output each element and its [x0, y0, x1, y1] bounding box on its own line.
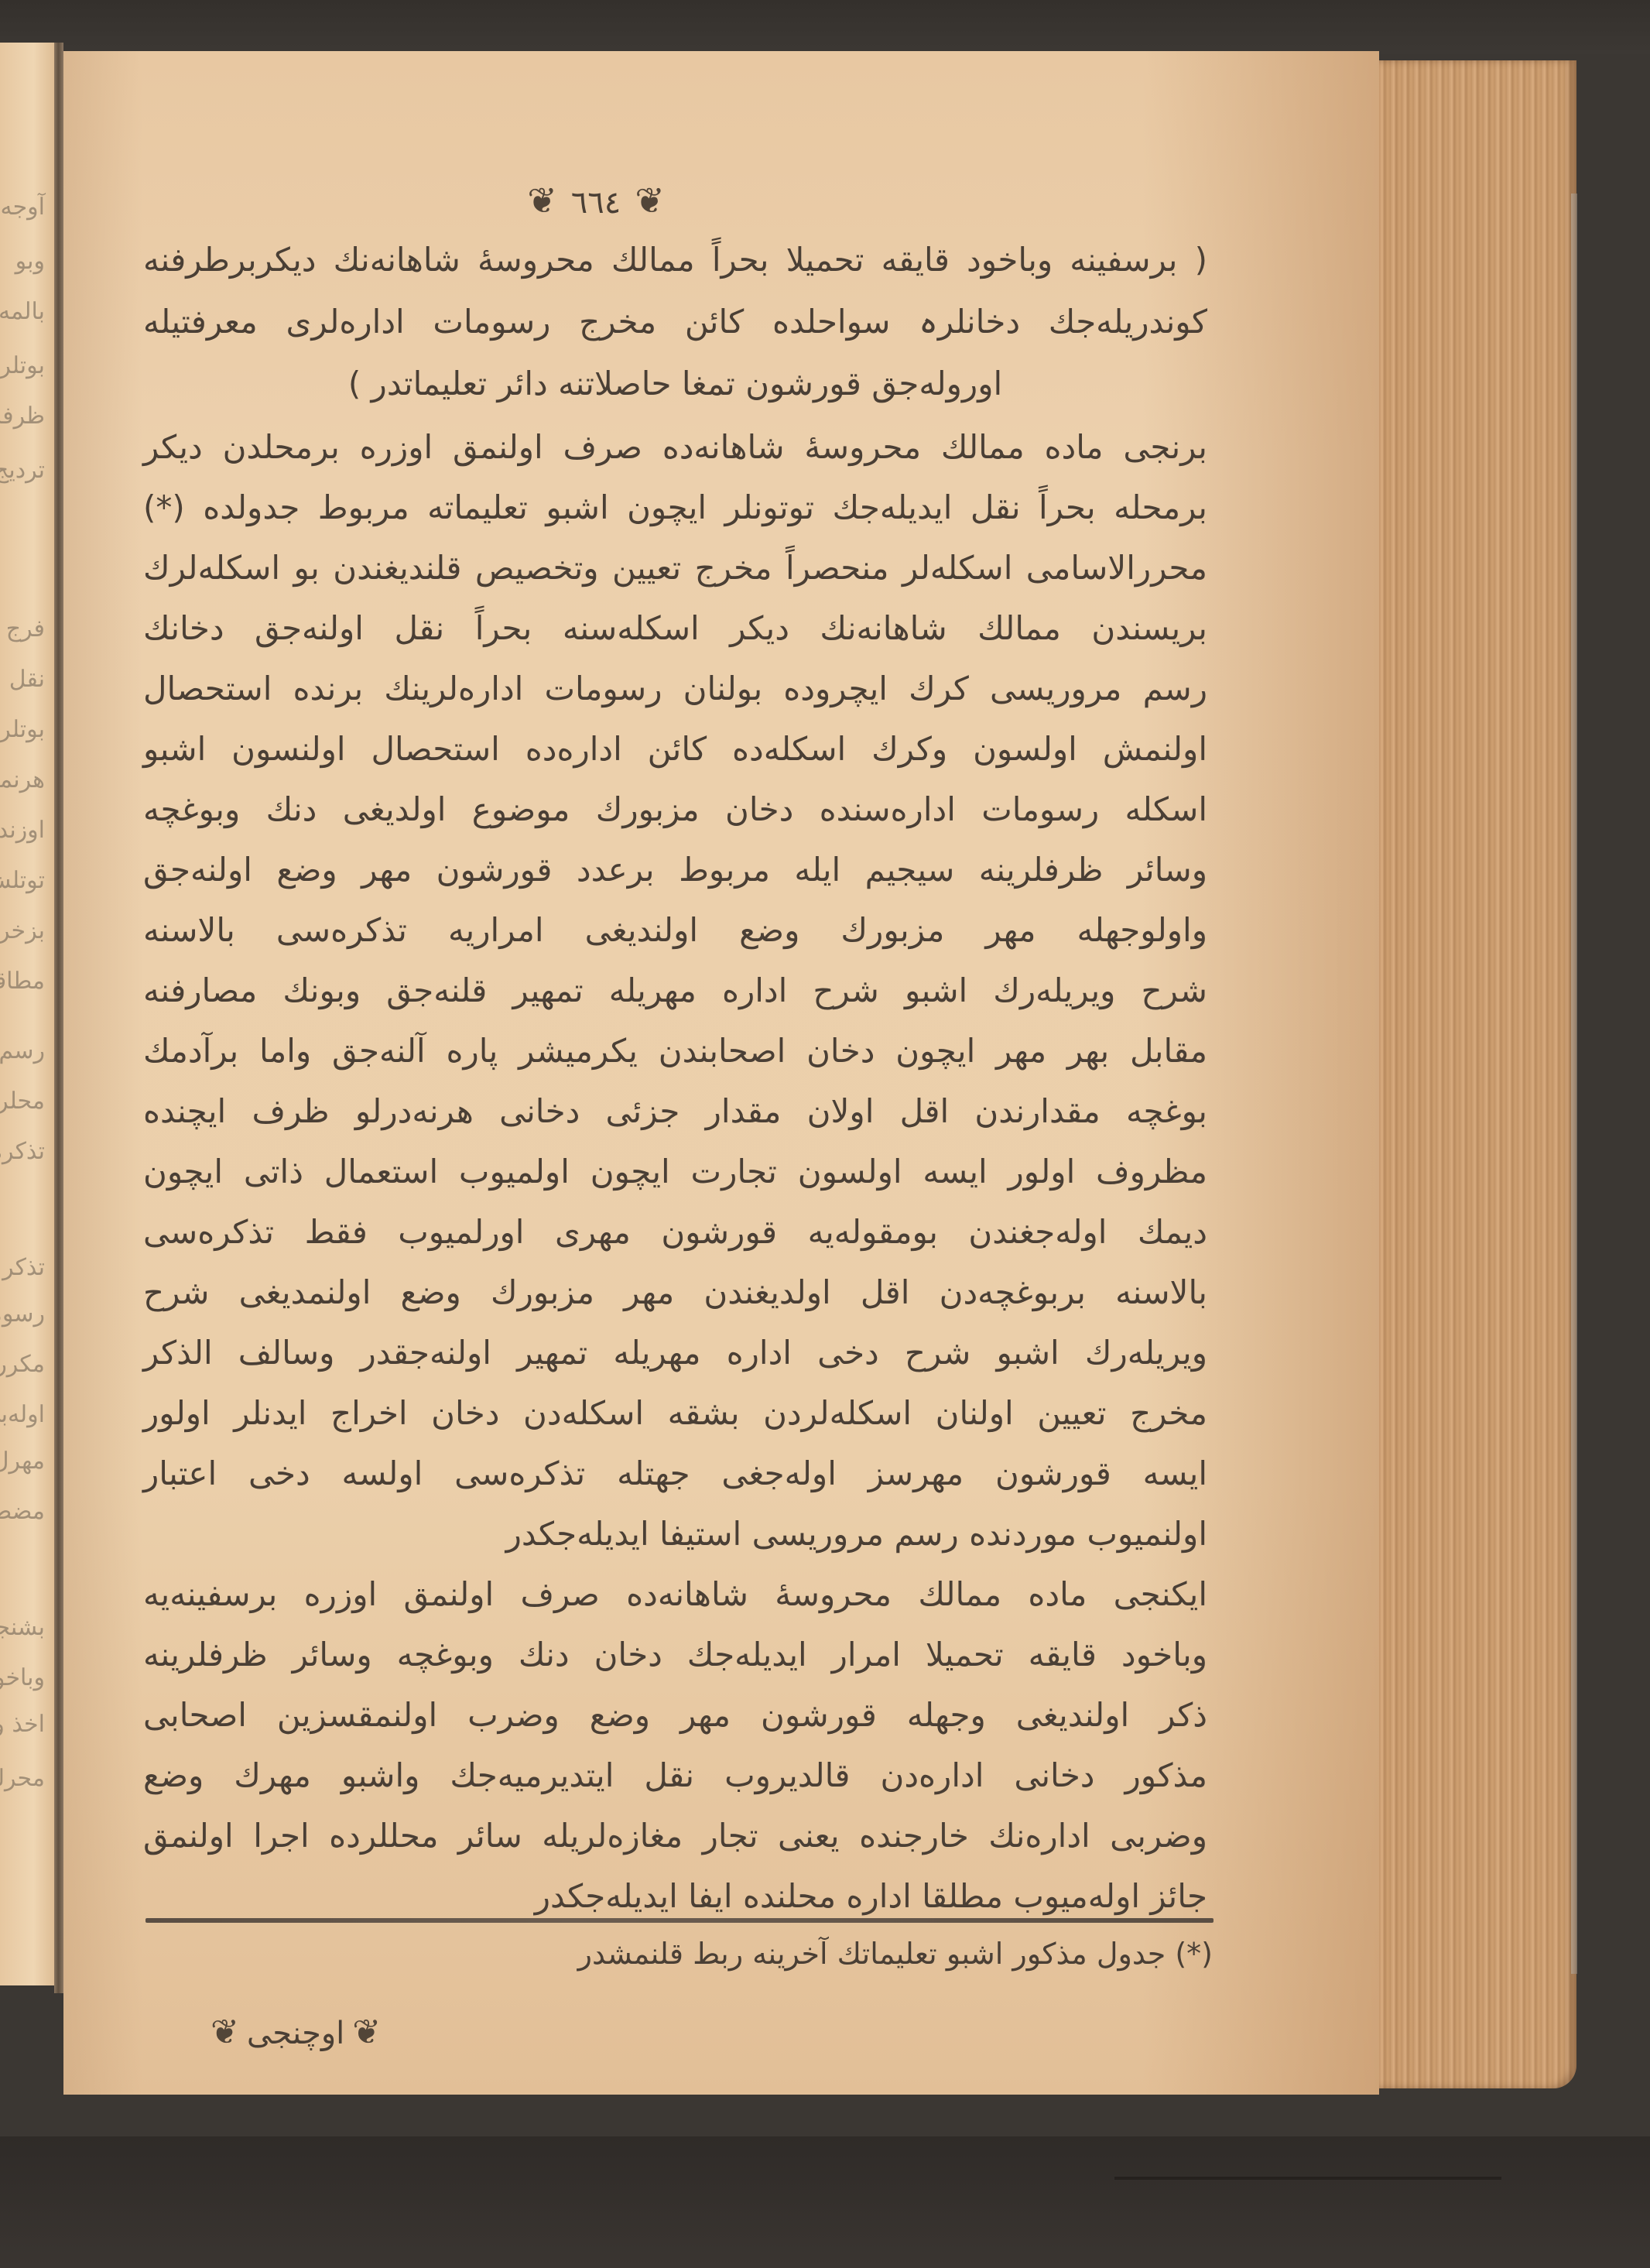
body-line: بوغچه مقدارندن اقل اولان مقدار جزئی دخان…: [143, 1090, 1207, 1133]
body-line: اولنمیوب موردنده رسم مروریسی استیفا ایدی…: [143, 1513, 1207, 1556]
body-line: اسكله رسومات اداره‌سنده دخان مزبورك موضو…: [143, 788, 1207, 831]
facing-page-fragment: آوجه: [1, 194, 45, 221]
body-line: اولنمش اولسون وكرك اسكله‌ده كائن اداره‌د…: [143, 728, 1207, 771]
scan-scene: آوجه وبو بالمه بوتلر ظرفر تردیج فرج نقل …: [0, 0, 1650, 2268]
catchword: ❦اوچنجی❦: [203, 2013, 389, 2052]
footnote: (*) جدول مذكور اشبو تعلیماتك آخرینه ربط …: [439, 1937, 1213, 1971]
facing-page-fragment: بوتلر: [0, 352, 45, 379]
body-line: وباخود قایقه تحمیلا امرار ایدیله‌جك دخان…: [143, 1633, 1207, 1677]
facing-page-fragment: وبو: [15, 248, 45, 275]
book-gutter: [54, 43, 63, 1993]
footnote-divider: [145, 1918, 1214, 1923]
page-edges-highlight: [1571, 194, 1577, 1974]
body-line: برنجی ماده ممالك محروسهٔ شاهانه‌ده صرف ا…: [143, 426, 1207, 469]
ornament-icon: ❦: [527, 180, 557, 221]
facing-page-fragment: اوزنده: [0, 817, 45, 844]
ornament-icon: ❦: [635, 180, 665, 221]
scan-artifact-line: [1114, 2177, 1501, 2180]
body-line: مخرج تعیین اولنان اسكله‌لردن بشقه اسكله‌…: [143, 1392, 1207, 1435]
facing-page-fragment: نقل ا: [0, 666, 45, 693]
page-edges-stack: [1379, 60, 1576, 2088]
body-line: دیمك اوله‌جغندن بومقوله‌یه قورشون مهری ا…: [143, 1211, 1207, 1254]
body-line: جائز اوله‌میوب مطلقا اداره محلنده ایفا ا…: [143, 1875, 1207, 1918]
body-line: وضربی اداره‌نك خارجنده یعنی تجار مغازه‌ل…: [143, 1814, 1207, 1858]
ornament-icon: ❦: [352, 2013, 381, 2052]
catchword-text: اوچنجی: [247, 2016, 344, 2051]
body-line: واولوجهله مهر مزبورك وضع اولندیغی امراری…: [143, 909, 1207, 952]
facing-page-fragment: بالمه: [0, 298, 45, 325]
facing-page-fragment: اخذ وقبـ: [0, 1711, 45, 1738]
facing-page-fragment: تذكر: [2, 1254, 45, 1281]
facing-page-fragment: مهرل: [0, 1447, 45, 1475]
body-line: ذكر اولندیغی وجهله قورشون مهر وضع وضرب ا…: [143, 1694, 1207, 1737]
facing-page-fragment: تردیج: [0, 457, 45, 484]
facing-page-fragment: بوتلر و: [0, 716, 45, 743]
facing-page-fragment: تذكره: [0, 1138, 45, 1165]
facing-page-fragment: رسم م: [0, 1037, 45, 1064]
body-line: بالاسنه بربوغچه‌دن اقل اولدیغندن مهر مزب…: [143, 1271, 1207, 1314]
heading-line: اوروله‌جق قورشون تمغا حاصلاتنه دائر تعلی…: [143, 362, 1207, 406]
body-line: بریسندن ممالك شاهانه‌نك دیكر اسكله‌سنه ب…: [143, 607, 1207, 650]
heading-line: کوندریله‌جك دخانلرہ سواحلده کائن مخرج رس…: [143, 300, 1207, 344]
facing-page-fragment: مطاقه: [0, 968, 45, 995]
body-line: شرح ویریله‌رك اشبو شرح اداره مهریله تمهی…: [143, 969, 1207, 1012]
facing-page-fragment: رسوما: [0, 1300, 45, 1328]
background-top: [0, 0, 1650, 54]
body-line: محررالاسامی اسكله‌لر منحصراً مخرج تعیین …: [143, 546, 1207, 590]
facing-page-fragment: وباخود: [0, 1664, 45, 1691]
facing-page-fragment: بشنجی: [0, 1614, 45, 1641]
facing-page-fragment: بزخر: [0, 917, 45, 944]
facing-page-margin: آوجه وبو بالمه بوتلر ظرفر تردیج فرج نقل …: [0, 43, 56, 1985]
facing-page-fragment: محرلی: [0, 1765, 45, 1792]
facing-page-fragment: توتلش: [0, 867, 45, 894]
body-line: مذكور دخانی اداره‌دن قالدیروب نقل ایتدیر…: [143, 1754, 1207, 1797]
facing-page-fragment: مكرر: [0, 1351, 45, 1378]
body-line: ایسه قورشون مهرسز اوله‌جغی جهتله تذكره‌س…: [143, 1452, 1207, 1495]
body-line: وسائر ظرفلرینه سیجیم ایله مربوط برعدد قو…: [143, 848, 1207, 892]
facing-page-fragment: مضطله: [0, 1498, 45, 1525]
facing-page-fragment: هرنمغا: [0, 766, 45, 793]
page-number-header: ❦٦٦٤❦: [511, 180, 681, 221]
background-bottom: [0, 2136, 1650, 2268]
body-line: ویریله‌رك اشبو شرح دخی اداره مهریله تمهی…: [143, 1331, 1207, 1375]
facing-page-fragment: فرج: [6, 615, 45, 642]
facing-page-fragment: ظرفر: [0, 403, 45, 430]
facing-page-fragment: محلرا: [0, 1088, 45, 1115]
body-line: برمحله بحراً نقل ایدیله‌جك توتونلر ایچون…: [143, 486, 1207, 529]
body-line: مقابل بهر مهر ایچون دخان اصحابندن یكرمیش…: [143, 1030, 1207, 1073]
body-line: مظروف اولور ایسه اولسون تجارت ایچون اولم…: [143, 1150, 1207, 1194]
ornament-icon: ❦: [211, 2013, 239, 2052]
facing-page-fragment: اوله‌بی: [0, 1401, 45, 1428]
heading-line: ( برسفینه وباخود قایقه تحمیلا بحراً ممال…: [143, 238, 1207, 282]
page-number: ٦٦٤: [571, 185, 621, 221]
body-line: رسم مروریسی كرك ایچروده بولنان رسومات اد…: [143, 667, 1207, 711]
body-line: ایكنجی ماده ممالك محروسهٔ شاهانه‌ده صرف …: [143, 1573, 1207, 1616]
